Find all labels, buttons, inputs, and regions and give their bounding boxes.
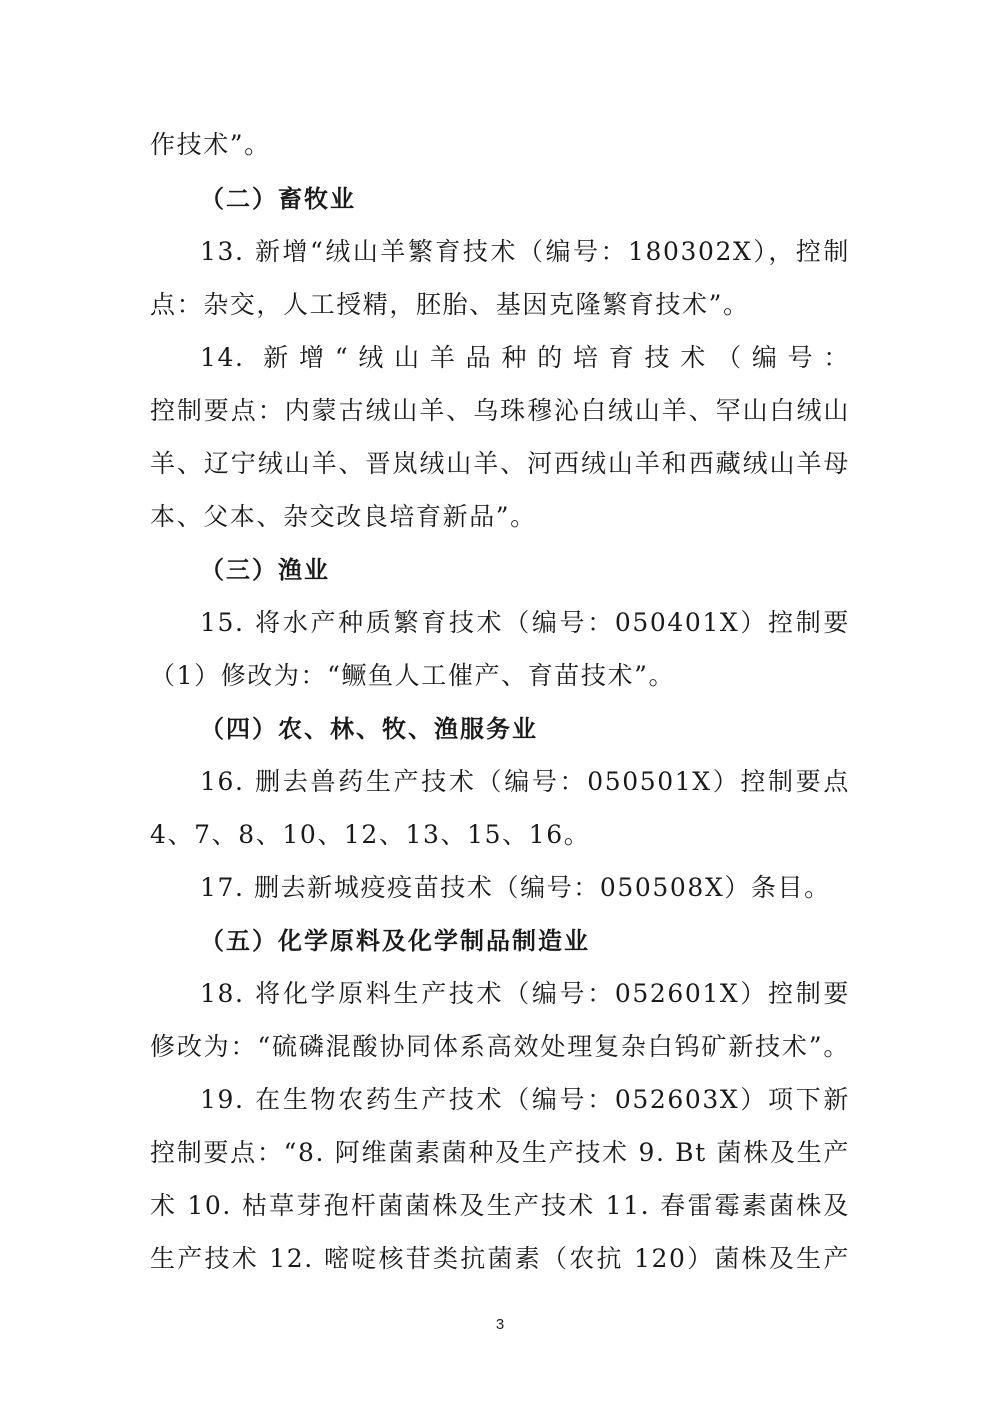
section-heading-fishery: （三）渔业 [200,555,850,585]
item-16-line-2: 4、7、8、10、12、13、15、16。 [150,820,850,850]
document-page: 作技术”。 （二）畜牧业 13. 新增“绒山羊繁育技术（编号：180302X），… [0,0,1000,1414]
item-18-line-2: 修改为：“硫磷混酸协同体系高效处理复杂白钨矿新技术”。 [150,1032,850,1062]
item-13-line-1: 13. 新增“绒山羊繁育技术（编号：180302X），控制要 [200,237,850,267]
item-19-line-3: 术 10. 枯草芽孢杆菌菌株及生产技术 11. 春雷霉素菌株及 [150,1191,850,1221]
item-15-line-2: （1）修改为：“鳜鱼人工催产、育苗技术”。 [150,661,850,691]
item-19-line-4: 生产技术 12. 嘧啶核苷类抗菌素（农抗 120）菌株及生产技 [150,1244,850,1274]
section-heading-chemical-manufacturing: （五）化学原料及化学制品制造业 [200,926,850,956]
section-heading-agri-services: （四）农、林、牧、渔服务业 [200,714,850,744]
item-14-line-2: 控制要点：内蒙古绒山羊、乌珠穆沁白绒山羊、罕山白绒山 [150,396,850,426]
page-number: 3 [0,1316,1000,1333]
item-16-line-1: 16. 删去兽药生产技术（编号：050501X）控制要点 3、 [200,767,850,797]
item-14-line-1: 14. 新增“绒山羊品种的培育技术（编号：180303X）， [200,343,850,373]
paragraph-continuation: 作技术”。 [150,130,850,160]
section-heading-animal-husbandry: （二）畜牧业 [200,184,850,214]
item-14-line-4: 本、父本、杂交改良培育新品”。 [150,502,850,532]
item-19-line-1: 19. 在生物农药生产技术（编号：052603X）项下新增 [200,1085,850,1115]
item-19-line-2: 控制要点：“8. 阿维菌素菌种及生产技术 9. Bt 菌株及生产技 [150,1138,850,1168]
item-13-line-2: 点：杂交，人工授精，胚胎、基因克隆繁育技术”。 [150,290,850,320]
item-15-line-1: 15. 将水产种质繁育技术（编号：050401X）控制要点 4 [200,608,850,638]
item-14-line-3: 羊、辽宁绒山羊、晋岚绒山羊、河西绒山羊和西藏绒山羊母 [150,449,850,479]
item-17-line-1: 17. 删去新城疫疫苗技术（编号：050508X）条目。 [200,873,850,903]
item-18-line-1: 18. 将化学原料生产技术（编号：052601X）控制要点 2 [200,979,850,1009]
